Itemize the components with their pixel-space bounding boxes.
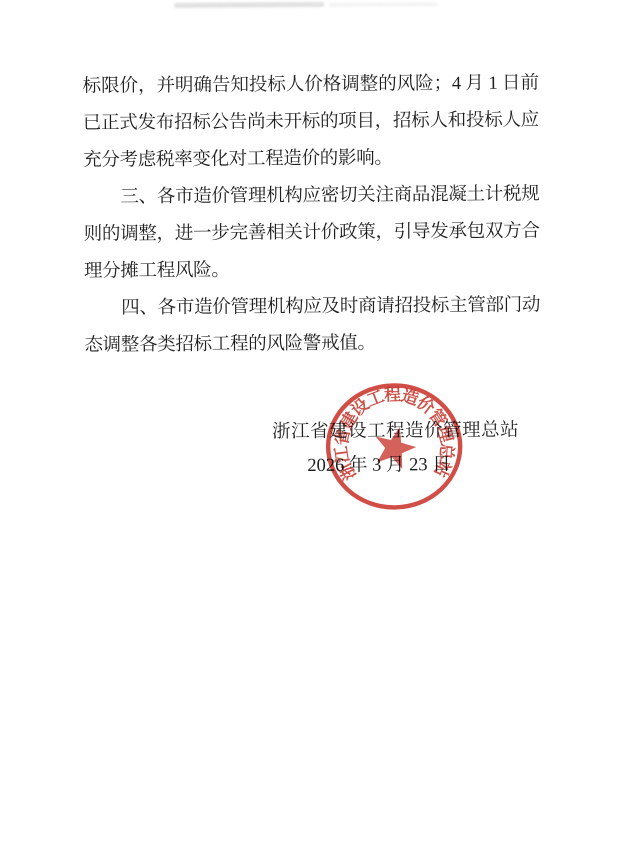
document-page: 标限价，并明确告知投标人价格调整的风险；4 月 1 日前已正式发布招标公告尚未开… xyxy=(0,0,617,864)
scan-artifact-top xyxy=(174,2,324,8)
body-paragraph-continuation: 标限价，并明确告知投标人价格调整的风险；4 月 1 日前已正式发布招标公告尚未开… xyxy=(83,65,540,179)
official-seal: 浙江省建设工程造价管理总站 xyxy=(318,370,471,525)
document-body: 标限价，并明确告知投标人价格调整的风险；4 月 1 日前已正式发布招标公告尚未开… xyxy=(83,65,541,364)
body-paragraph-item3: 三、各市造价管理机构应密切关注商品混凝土计税规则的调整，进一步完善相关计价政策，… xyxy=(83,176,540,290)
star-icon xyxy=(376,427,417,469)
document-content: 标限价，并明确告知投标人价格调整的风险；4 月 1 日前已正式发布招标公告尚未开… xyxy=(0,0,617,864)
scan-artifact-top-right xyxy=(328,2,438,7)
body-paragraph-item4: 四、各市造价管理机构应及时商请招投标主管部门动态调整各类招标工程的风险警戒值。 xyxy=(84,287,541,364)
